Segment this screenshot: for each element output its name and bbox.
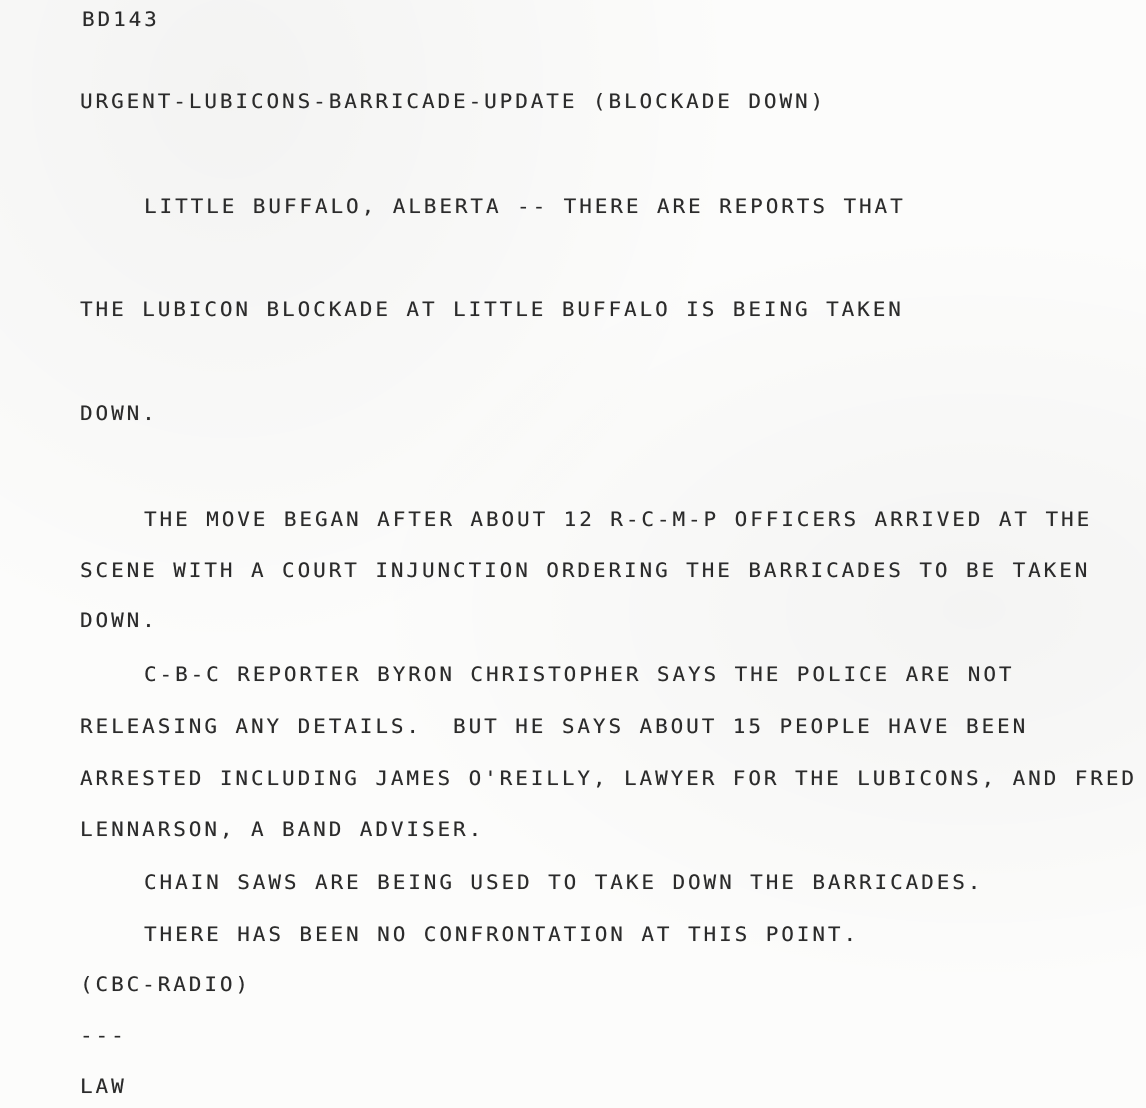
teletype-page: BD143 URGENT-LUBICONS-BARRICADE-UPDATE (…	[0, 0, 1146, 1108]
story-slug: BD143	[82, 8, 160, 31]
paragraph-4-line-1: CHAIN SAWS ARE BEING USED TO TAKE DOWN T…	[144, 871, 983, 894]
paragraph-1-line-2: THE LUBICON BLOCKADE AT LITTLE BUFFALO I…	[80, 298, 904, 321]
paragraph-2-line-1: THE MOVE BEGAN AFTER ABOUT 12 R-C-M-P OF…	[144, 508, 1092, 531]
paragraph-2-line-3: DOWN.	[80, 609, 158, 632]
end-divider: ---	[80, 1024, 127, 1047]
category-tag: LAW	[80, 1075, 127, 1098]
paragraph-3-line-1: C-B-C REPORTER BYRON CHRISTOPHER SAYS TH…	[144, 663, 1014, 686]
source-credit: (CBC-RADIO)	[80, 973, 251, 996]
paragraph-3-line-4: LENNARSON, A BAND ADVISER.	[80, 818, 484, 841]
headline: URGENT-LUBICONS-BARRICADE-UPDATE (BLOCKA…	[80, 90, 826, 113]
paragraph-5-line-1: THERE HAS BEEN NO CONFRONTATION AT THIS …	[144, 923, 859, 946]
paragraph-3-line-2: RELEASING ANY DETAILS. BUT HE SAYS ABOUT…	[80, 715, 1028, 738]
paragraph-3-line-3: ARRESTED INCLUDING JAMES O'REILLY, LAWYE…	[80, 767, 1137, 790]
paragraph-2-line-2: SCENE WITH A COURT INJUNCTION ORDERING T…	[80, 559, 1090, 582]
paragraph-1-line-3: DOWN.	[80, 402, 158, 425]
paragraph-1-line-1: LITTLE BUFFALO, ALBERTA -- THERE ARE REP…	[144, 195, 906, 218]
